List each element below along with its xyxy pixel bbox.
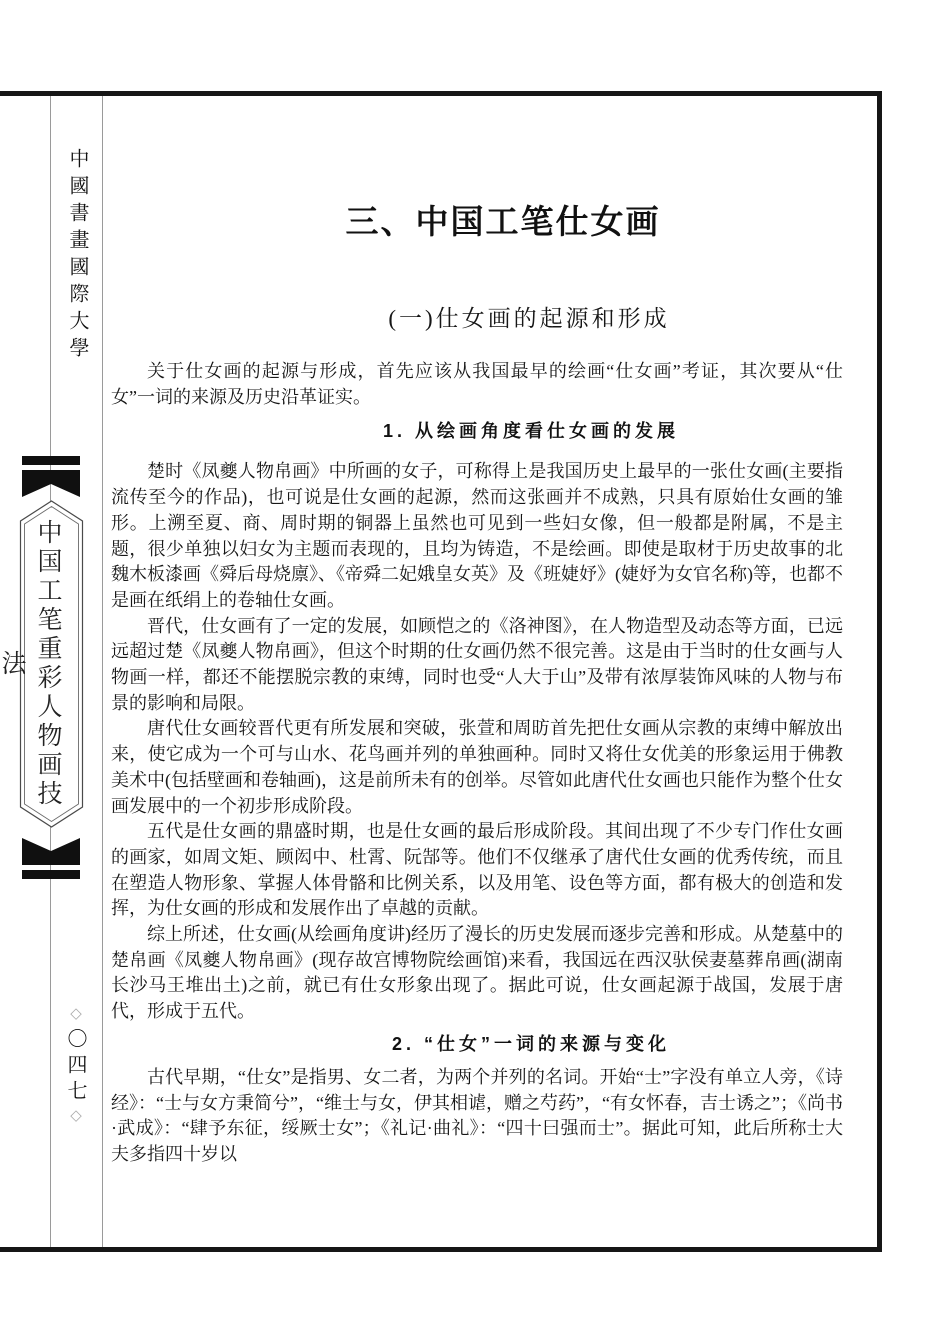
main-content: 三、中国工笔仕女画 (一)仕女画的起源和形成 关于仕女画的起源与形成，首先应该从… bbox=[103, 96, 877, 1168]
section-title: (一)仕女画的起源和形成 bbox=[163, 303, 895, 335]
spine-title: 中國書畫國際大學 bbox=[64, 148, 92, 373]
banner-bar-top bbox=[22, 456, 80, 465]
diamond-ornament-top: ◇ bbox=[67, 1004, 83, 1028]
banner-ribbon-top bbox=[22, 470, 80, 497]
paragraph-3: 晋代，仕女画有了一定的发展，如顾恺之的《洛神图》，在人物造型及动态等方面，已远远… bbox=[111, 614, 843, 717]
paragraph-2: 楚时《凤夔人物帛画》中所画的女子，可称得上是我国历史上最早的一张仕女画(主要指流… bbox=[111, 459, 843, 613]
paragraph-5: 五代是仕女画的鼎盛时期，也是仕女画的最后形成阶段。其间出现了不少专门作仕女画的画… bbox=[111, 819, 843, 922]
banner-ribbon-bottom bbox=[22, 838, 80, 865]
paragraph-intro: 关于仕女画的起源与形成，首先应该从我国最早的绘画“仕女画”考证，其次要从“仕女”… bbox=[111, 359, 843, 410]
frame-right-border bbox=[877, 91, 882, 1252]
subsection-heading-2: 2. “仕女”一词的来源与变化 bbox=[165, 1031, 897, 1057]
banner-plaque: 中国工笔重彩人物画技法 bbox=[19, 500, 84, 828]
subsection-heading-1: 1. 从绘画角度看仕女画的发展 bbox=[165, 418, 897, 444]
diamond-ornament-bottom: ◇ bbox=[67, 1106, 83, 1130]
paragraph-6: 综上所述，仕女画(从绘画角度讲)经历了漫长的历史发展而逐步完善和形成。从楚墓中的… bbox=[111, 922, 843, 1025]
page-number: ◇〇四七◇ bbox=[63, 1004, 90, 1134]
paragraph-7: 古代早期，“仕女”是指男、女二者，为两个并列的名词。开始“士”字没有单立人旁，《… bbox=[111, 1065, 843, 1168]
chapter-title: 三、中国工笔仕女画 bbox=[137, 203, 869, 241]
folio-number: 〇四七 bbox=[64, 1028, 86, 1106]
frame-bottom-border bbox=[0, 1247, 882, 1252]
series-banner: 中国工笔重彩人物画技法 bbox=[19, 456, 84, 879]
paragraph-4: 唐代仕女画较晋代更有所发展和突破，张萱和周昉首先把仕女画从宗教的束缚中解放出来，… bbox=[111, 716, 843, 819]
banner-bar-bottom bbox=[22, 870, 80, 879]
series-title: 中国工笔重彩人物画技法 bbox=[38, 516, 65, 812]
